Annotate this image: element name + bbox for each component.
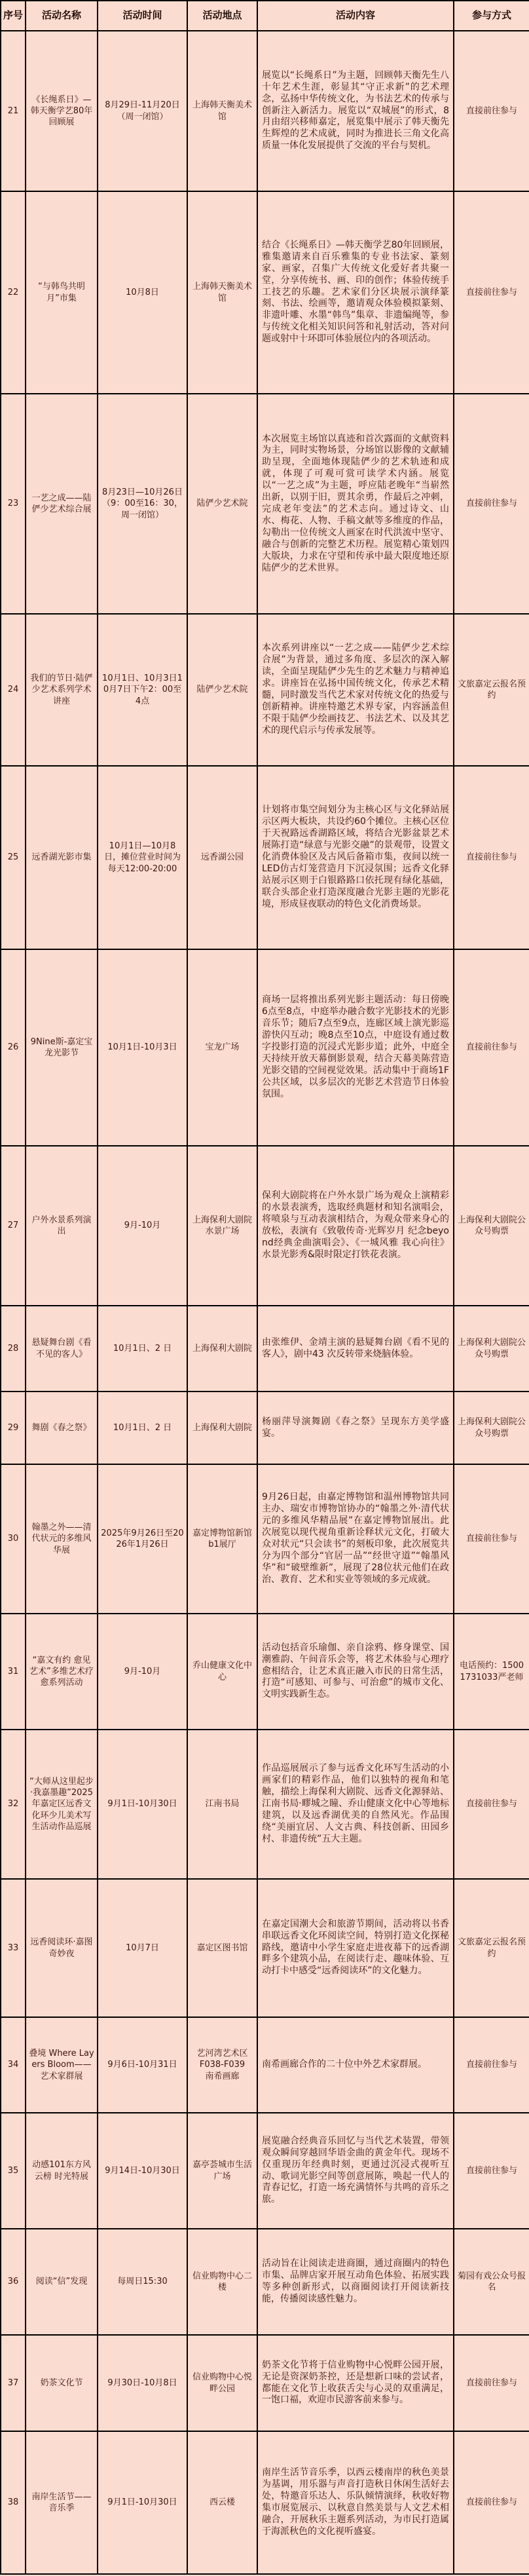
participation-method-cell: 直接前往参与 (454, 766, 529, 949)
activity-location-cell: 信业购物中心悦畔公园 (187, 2335, 257, 2431)
activity-content-cell: 展览融合经典音乐回忆与当代艺术装置，带领观众瞬间穿越回华语金曲的黄金年代。现场不… (257, 2113, 454, 2229)
activity-name-cell: 悬疑舞台剧《看不见的客人》 (26, 1306, 98, 1392)
table-row: 31 “嘉文有约 愈见艺术”多维艺术疗愈系列活动 9月-10月 乔山健康文化中心… (1, 1614, 529, 1730)
row-number-cell: 21 (1, 31, 26, 191)
table-row: 30 翰墨之外——清代状元的多维风华展 2025年9月26日至2026年1月26… (1, 1464, 529, 1614)
participation-method-cell: 直接前往参与 (454, 1464, 529, 1614)
activity-content-cell: 奶茶文化节将于信业购物中心悦畔公园开展，无论是资深奶茶控，还是想新口味的尝试者，… (257, 2335, 454, 2431)
column-header: 活动名称 (26, 1, 98, 31)
activity-content-cell: 作品巡展展示了参与远香文化环写生活动的小画家们的精彩作品，他们以独特的视角和笔触… (257, 1730, 454, 1879)
participation-method-cell: 上海保利大剧院公众号购票 (454, 1392, 529, 1464)
activity-time-cell: 10月7日 (98, 1879, 187, 2017)
activity-time-cell: 9月30日-10月8日 (98, 2335, 187, 2431)
row-number-cell: 30 (1, 1464, 26, 1614)
row-number-cell: 33 (1, 1879, 26, 2017)
participation-method-cell: 直接前往参与 (454, 191, 529, 394)
activity-time-cell: 10月1日、2 日 (98, 1306, 187, 1392)
activity-time-cell: 每周日15:30 (98, 2229, 187, 2335)
activity-content-cell: 在嘉定国潮大会和旅游节期间，活动将以书香串联远香文化环阅读空间，特别打造文化探秘… (257, 1879, 454, 2017)
row-number-cell: 26 (1, 949, 26, 1146)
activity-location-cell: 陆俨少艺术院 (187, 614, 257, 766)
activity-name-cell: 阅读“信”发现 (26, 2229, 98, 2335)
activity-content-cell: 南岸生活节音乐季，以西云楼南岸的秋色美景为基调，用乐器与声音打造秋日休闲生活好去… (257, 2431, 454, 2574)
activity-name-cell: “嘉文有约 愈见艺术”多维艺术疗愈系列活动 (26, 1614, 98, 1730)
row-number-cell: 27 (1, 1146, 26, 1306)
column-header: 活动内容 (257, 1, 454, 31)
column-header: 活动时间 (98, 1, 187, 31)
row-number-cell: 22 (1, 191, 26, 394)
row-number-cell: 34 (1, 2017, 26, 2113)
row-number-cell: 24 (1, 614, 26, 766)
row-number-cell: 38 (1, 2431, 26, 2574)
activity-time-cell: 10月1日-10月3日 (98, 949, 187, 1146)
participation-method-cell: 直接前往参与 (454, 1730, 529, 1879)
column-header: 参与方式 (454, 1, 529, 31)
activity-time-cell: 10月8日 (98, 191, 187, 394)
activity-name-cell: 动感101东方风云榜 时光特展 (26, 2113, 98, 2229)
activity-name-cell: 舞剧《春之祭》 (26, 1392, 98, 1464)
activity-name-cell: 远香阅读环·嘉图奇妙夜 (26, 1879, 98, 2017)
activity-content-cell: 杨丽萍导演舞剧《春之祭》呈现东方美学盛宴。 (257, 1392, 454, 1464)
activity-time-cell: 8月29日-11月20日（周一闭馆） (98, 31, 187, 191)
activities-table: 序号活动名称活动时间活动地点活动内容参与方式 21 《长绳系日》—韩天衡学艺80… (0, 0, 529, 2575)
activity-content-cell: 活动包括音乐瑜伽、亲自涂鸦、修身课堂、国潮雅韵、午间音乐会等，将艺术体验与心理疗… (257, 1614, 454, 1730)
row-number-cell: 35 (1, 2113, 26, 2229)
participation-method-cell: 直接前往参与 (454, 2017, 529, 2113)
participation-method-cell: 直接前往参与 (454, 2335, 529, 2431)
row-number-cell: 29 (1, 1392, 26, 1464)
participation-method-cell: 直接前往参与 (454, 2431, 529, 2574)
activity-name-cell: 《长绳系日》—韩天衡学艺80年回顾展 (26, 31, 98, 191)
participation-method-cell: 菊园有戏公众号报名 (454, 2229, 529, 2335)
activity-time-cell: 9月6日-10月31日 (98, 2017, 187, 2113)
participation-method-cell: 直接前往参与 (454, 31, 529, 191)
activity-content-cell: 计划将市集空间划分为主核心区与文化驿站展示区两大板块，共设约60个摊位。主核心区… (257, 766, 454, 949)
activity-content-cell: 本次展览主场馆以真迹和首次露面的文献资料为主，同时实物场景，分场馆以影像的文献辅… (257, 394, 454, 614)
table-row: 37 奶茶文化节 9月30日-10月8日 信业购物中心悦畔公园 奶茶文化节将于信… (1, 2335, 529, 2431)
activity-content-cell: 活动旨在让阅读走进商圈，通过商圈内的特色市集、品牌店家开展互动角色体验、拓展实践… (257, 2229, 454, 2335)
activity-name-cell: 翰墨之外——清代状元的多维风华展 (26, 1464, 98, 1614)
activity-location-cell: 上海保利大剧院 水景广场 (187, 1146, 257, 1306)
table-row: 34 叠境 Where Layers Bloom——艺术家群展 9月6日-10月… (1, 2017, 529, 2113)
table-row: 35 动感101东方风云榜 时光特展 9月14日-10月30日 嘉亭荟城市生活广… (1, 2113, 529, 2229)
activity-location-cell: 江南书局 (187, 1730, 257, 1879)
activity-name-cell: “与韩鸟共明月”市集 (26, 191, 98, 394)
participation-method-cell: 上海保利大剧院公众号购票 (454, 1306, 529, 1392)
row-number-cell: 37 (1, 2335, 26, 2431)
activity-time-cell: 9月1日-10月30日 (98, 1730, 187, 1879)
table-row: 38 南岸生活节——音乐季 9月1日-10月30日 西云楼 南岸生活节音乐季，以… (1, 2431, 529, 2574)
activity-name-cell: 南岸生活节——音乐季 (26, 2431, 98, 2574)
activity-name-cell: 一艺之成——陆俨少艺术综合展 (26, 394, 98, 614)
activity-location-cell: 上海韩天衡美术馆 (187, 31, 257, 191)
table-row: 29 舞剧《春之祭》 10月1日、2 日 上海保利大剧院 杨丽萍导演舞剧《春之祭… (1, 1392, 529, 1464)
table-row: 27 户外水景系列演出 9月-10月 上海保利大剧院 水景广场 保利大剧院将在户… (1, 1146, 529, 1306)
activity-location-cell: 艺河湾艺术区 F038-F039 南希画廊 (187, 2017, 257, 2113)
activity-location-cell: 陆俨少艺术院 (187, 394, 257, 614)
activity-time-cell: 9月1日-10月30日 (98, 2431, 187, 2574)
header-row: 序号活动名称活动时间活动地点活动内容参与方式 (1, 1, 529, 31)
participation-method-cell: 文旅嘉定云报名预约 (454, 1879, 529, 2017)
table-row: 26 9Nine斯-嘉定宝龙光影节 10月1日-10月3日 宝龙广场 商场一层将… (1, 949, 529, 1146)
column-header: 活动地点 (187, 1, 257, 31)
table-row: 24 我们的节日·陆俨少艺术系列学术讲座 10月1日、10月3日10月7日下午2… (1, 614, 529, 766)
row-number-cell: 32 (1, 1730, 26, 1879)
activity-time-cell: 10月1日、2 日 (98, 1392, 187, 1464)
activity-content-cell: 结合《长绳系日》—韩天衡学艺80年回顾展，雅集邀请来自百乐雅集的专业书法家、篆刻… (257, 191, 454, 394)
activity-location-cell: 上海保利大剧院 (187, 1392, 257, 1464)
activity-content-cell: 由张维伊、金靖主演的悬疑舞台剧《看不见的客人》，剧中43 次反转带来烧脑体验。 (257, 1306, 454, 1392)
activity-name-cell: 户外水景系列演出 (26, 1146, 98, 1306)
participation-method-cell: 直接前往参与 (454, 949, 529, 1146)
table-row: 22 “与韩鸟共明月”市集 10月8日 上海韩天衡美术馆 结合《长绳系日》—韩天… (1, 191, 529, 394)
activity-content-cell: 商场一层将推出系列光影主题活动：每日傍晚6点至8点，中庭举办融合数字光影技术的光… (257, 949, 454, 1146)
participation-method-cell: 直接前往参与 (454, 394, 529, 614)
activity-location-cell: 远香湖公园 (187, 766, 257, 949)
activity-content-cell: 南希画廊合作的二十位中外艺术家群展。 (257, 2017, 454, 2113)
participation-method-cell: 电话预约：15001731033严老师 (454, 1614, 529, 1730)
table-body: 21 《长绳系日》—韩天衡学艺80年回顾展 8月29日-11月20日（周一闭馆）… (1, 31, 529, 2574)
activity-time-cell: 2025年9月26日至2026年1月26日 (98, 1464, 187, 1614)
table-row: 32 “大师从这里起步·我嘉墨趣”2025年嘉定区远香文化环少儿美术写生活动作品… (1, 1730, 529, 1879)
activity-content-cell: 保利大剧院将在户外水景广场为观众上演精彩的水景表演秀，选取经典题材和知名演唱会，… (257, 1146, 454, 1306)
table-row: 33 远香阅读环·嘉图奇妙夜 10月7日 嘉定区图书馆 在嘉定国潮大会和旅游节期… (1, 1879, 529, 2017)
activity-content-cell: 展览以“长绳系日”为主题，回顾韩天衡先生八十年艺术生涯，彰显其“守正求新”的艺术… (257, 31, 454, 191)
row-number-cell: 23 (1, 394, 26, 614)
row-number-cell: 31 (1, 1614, 26, 1730)
activity-location-cell: 嘉亭荟城市生活广场 (187, 2113, 257, 2229)
activity-name-cell: 叠境 Where Layers Bloom——艺术家群展 (26, 2017, 98, 2113)
activity-location-cell: 宝龙广场 (187, 949, 257, 1146)
row-number-cell: 25 (1, 766, 26, 949)
activity-name-cell: 9Nine斯-嘉定宝龙光影节 (26, 949, 98, 1146)
table-row: 23 一艺之成——陆俨少艺术综合展 8月23日—10月26日（9：00至16：3… (1, 394, 529, 614)
table-row: 21 《长绳系日》—韩天衡学艺80年回顾展 8月29日-11月20日（周一闭馆）… (1, 31, 529, 191)
activity-location-cell: 西云楼 (187, 2431, 257, 2574)
activity-time-cell: 10月1日—10月8日，摊位营业时间为每天12:00-20:00 (98, 766, 187, 949)
activity-name-cell: 远香湖光影市集 (26, 766, 98, 949)
participation-method-cell: 直接前往参与 (454, 2113, 529, 2229)
row-number-cell: 28 (1, 1306, 26, 1392)
column-header: 序号 (1, 1, 26, 31)
activity-name-cell: “大师从这里起步·我嘉墨趣”2025年嘉定区远香文化环少儿美术写生活动作品巡展 (26, 1730, 98, 1879)
activity-location-cell: 上海保利大剧院 (187, 1306, 257, 1392)
activity-name-cell: 奶茶文化节 (26, 2335, 98, 2431)
activity-time-cell: 8月23日—10月26日（9：00至16：30，周一闭馆） (98, 394, 187, 614)
activity-time-cell: 9月-10月 (98, 1614, 187, 1730)
activity-location-cell: 嘉定区图书馆 (187, 1879, 257, 2017)
activity-location-cell: 嘉定博物馆新馆b1展厅 (187, 1464, 257, 1614)
table-row: 25 远香湖光影市集 10月1日—10月8日，摊位营业时间为每天12:00-20… (1, 766, 529, 949)
table-row: 36 阅读“信”发现 每周日15:30 信业购物中心二楼 活动旨在让阅读走进商圈… (1, 2229, 529, 2335)
row-number-cell: 36 (1, 2229, 26, 2335)
activity-content-cell: 本次系列讲座以“一艺之成——陆俨少艺术综合展”为背景，通过多角度、多层次的深入解… (257, 614, 454, 766)
table-row: 28 悬疑舞台剧《看不见的客人》 10月1日、2 日 上海保利大剧院 由张维伊、… (1, 1306, 529, 1392)
activity-location-cell: 乔山健康文化中心 (187, 1614, 257, 1730)
participation-method-cell: 文旅嘉定云报名预约 (454, 614, 529, 766)
activity-time-cell: 9月-10月 (98, 1146, 187, 1306)
activity-time-cell: 9月14日-10月30日 (98, 2113, 187, 2229)
activity-name-cell: 我们的节日·陆俨少艺术系列学术讲座 (26, 614, 98, 766)
activity-time-cell: 10月1日、10月3日10月7日下午2：00至4点 (98, 614, 187, 766)
activity-content-cell: 9月26日起，由嘉定博物馆和温州博物馆共同主办、瑞安市博物馆协办的“翰墨之外·清… (257, 1464, 454, 1614)
activity-location-cell: 信业购物中心二楼 (187, 2229, 257, 2335)
participation-method-cell: 上海保利大剧院公众号购票 (454, 1146, 529, 1306)
activity-location-cell: 上海韩天衡美术馆 (187, 191, 257, 394)
